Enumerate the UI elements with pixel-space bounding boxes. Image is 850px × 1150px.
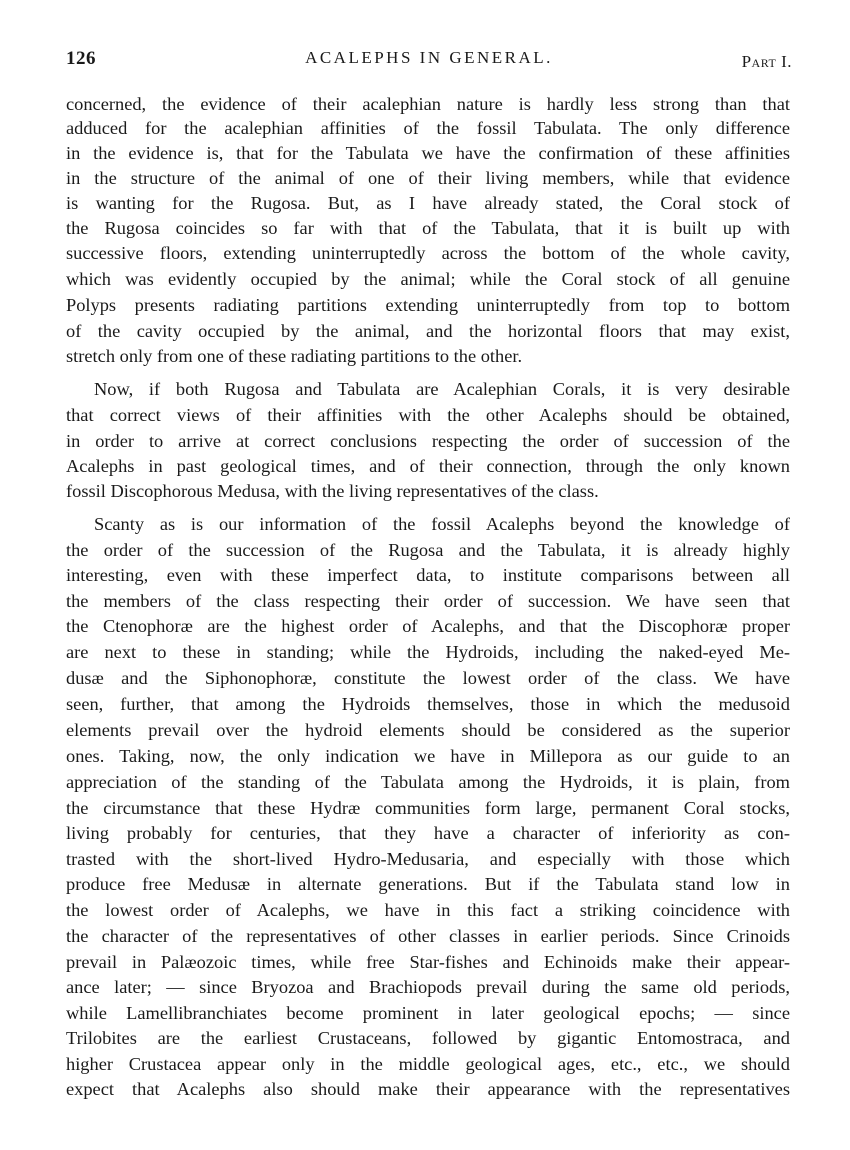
text-line: ance later; — since Bryozoa and Brachiop… <box>66 975 790 999</box>
text-line: produce free Medusæ in alternate generat… <box>66 872 790 896</box>
text-line: trasted with the short-lived Hydro-Medus… <box>66 847 790 871</box>
text-line: while Lamellibranchiates become prominen… <box>66 1001 790 1025</box>
text-line: the character of the representatives of … <box>66 924 790 948</box>
text-line: which was evidently occupied by the anim… <box>66 267 790 291</box>
text-line: in the structure of the animal of one of… <box>66 166 790 190</box>
text-line: that correct views of their affinities w… <box>66 403 790 427</box>
text-line: Scanty as is our information of the foss… <box>66 512 790 536</box>
text-line: the order of the succession of the Rugos… <box>66 538 790 562</box>
running-title: ACALEPHS IN GENERAL. <box>66 48 792 68</box>
text-line: in order to arrive at correct conclusion… <box>66 429 790 453</box>
part-label: Part I. <box>742 52 792 72</box>
text-line: fossil Discophorous Medusa, with the liv… <box>66 479 790 503</box>
text-line: is wanting for the Rugosa. But, as I hav… <box>66 191 790 215</box>
text-line: seen, further, that among the Hydroids t… <box>66 692 790 716</box>
text-line: successive floors, extending uninterrupt… <box>66 241 790 265</box>
text-line: in the evidence is, that for the Tabulat… <box>66 141 790 165</box>
text-line: the members of the class respecting thei… <box>66 589 790 613</box>
text-line: living probably for centuries, that they… <box>66 821 790 845</box>
text-line: stretch only from one of these radiating… <box>66 344 790 368</box>
text-line: higher Crustacea appear only in the midd… <box>66 1052 790 1076</box>
text-line: the circumstance that these Hydræ commun… <box>66 796 790 820</box>
text-line: concerned, the evidence of their acaleph… <box>66 92 790 116</box>
text-line: Now, if both Rugosa and Tabulata are Aca… <box>66 377 790 401</box>
page-header: 126 ACALEPHS IN GENERAL. Part I. <box>66 48 792 76</box>
text-line: of the cavity occupied by the animal, an… <box>66 319 790 343</box>
text-line: ones. Taking, now, the only indication w… <box>66 744 790 768</box>
text-line: expect that Acalephs also should make th… <box>66 1077 790 1101</box>
text-line: Acalephs in past geological times, and o… <box>66 454 790 478</box>
text-line: Polyps presents radiating partitions ext… <box>66 293 790 317</box>
text-line: appreciation of the standing of the Tabu… <box>66 770 790 794</box>
text-line: interesting, even with these imperfect d… <box>66 563 790 587</box>
text-line: adduced for the acalephian affinities of… <box>66 116 790 140</box>
text-line: dusæ and the Siphonophoræ, constitute th… <box>66 666 790 690</box>
text-line: the Ctenophoræ are the highest order of … <box>66 614 790 638</box>
text-line: elements prevail over the hydroid elemen… <box>66 718 790 742</box>
text-line: the Rugosa coincides so far with that of… <box>66 216 790 240</box>
text-line: are next to these in standing; while the… <box>66 640 790 664</box>
text-line: the lowest order of Acalephs, we have in… <box>66 898 790 922</box>
text-line: Trilobites are the earliest Crustaceans,… <box>66 1026 790 1050</box>
text-line: prevail in Palæozoic times, while free S… <box>66 950 790 974</box>
